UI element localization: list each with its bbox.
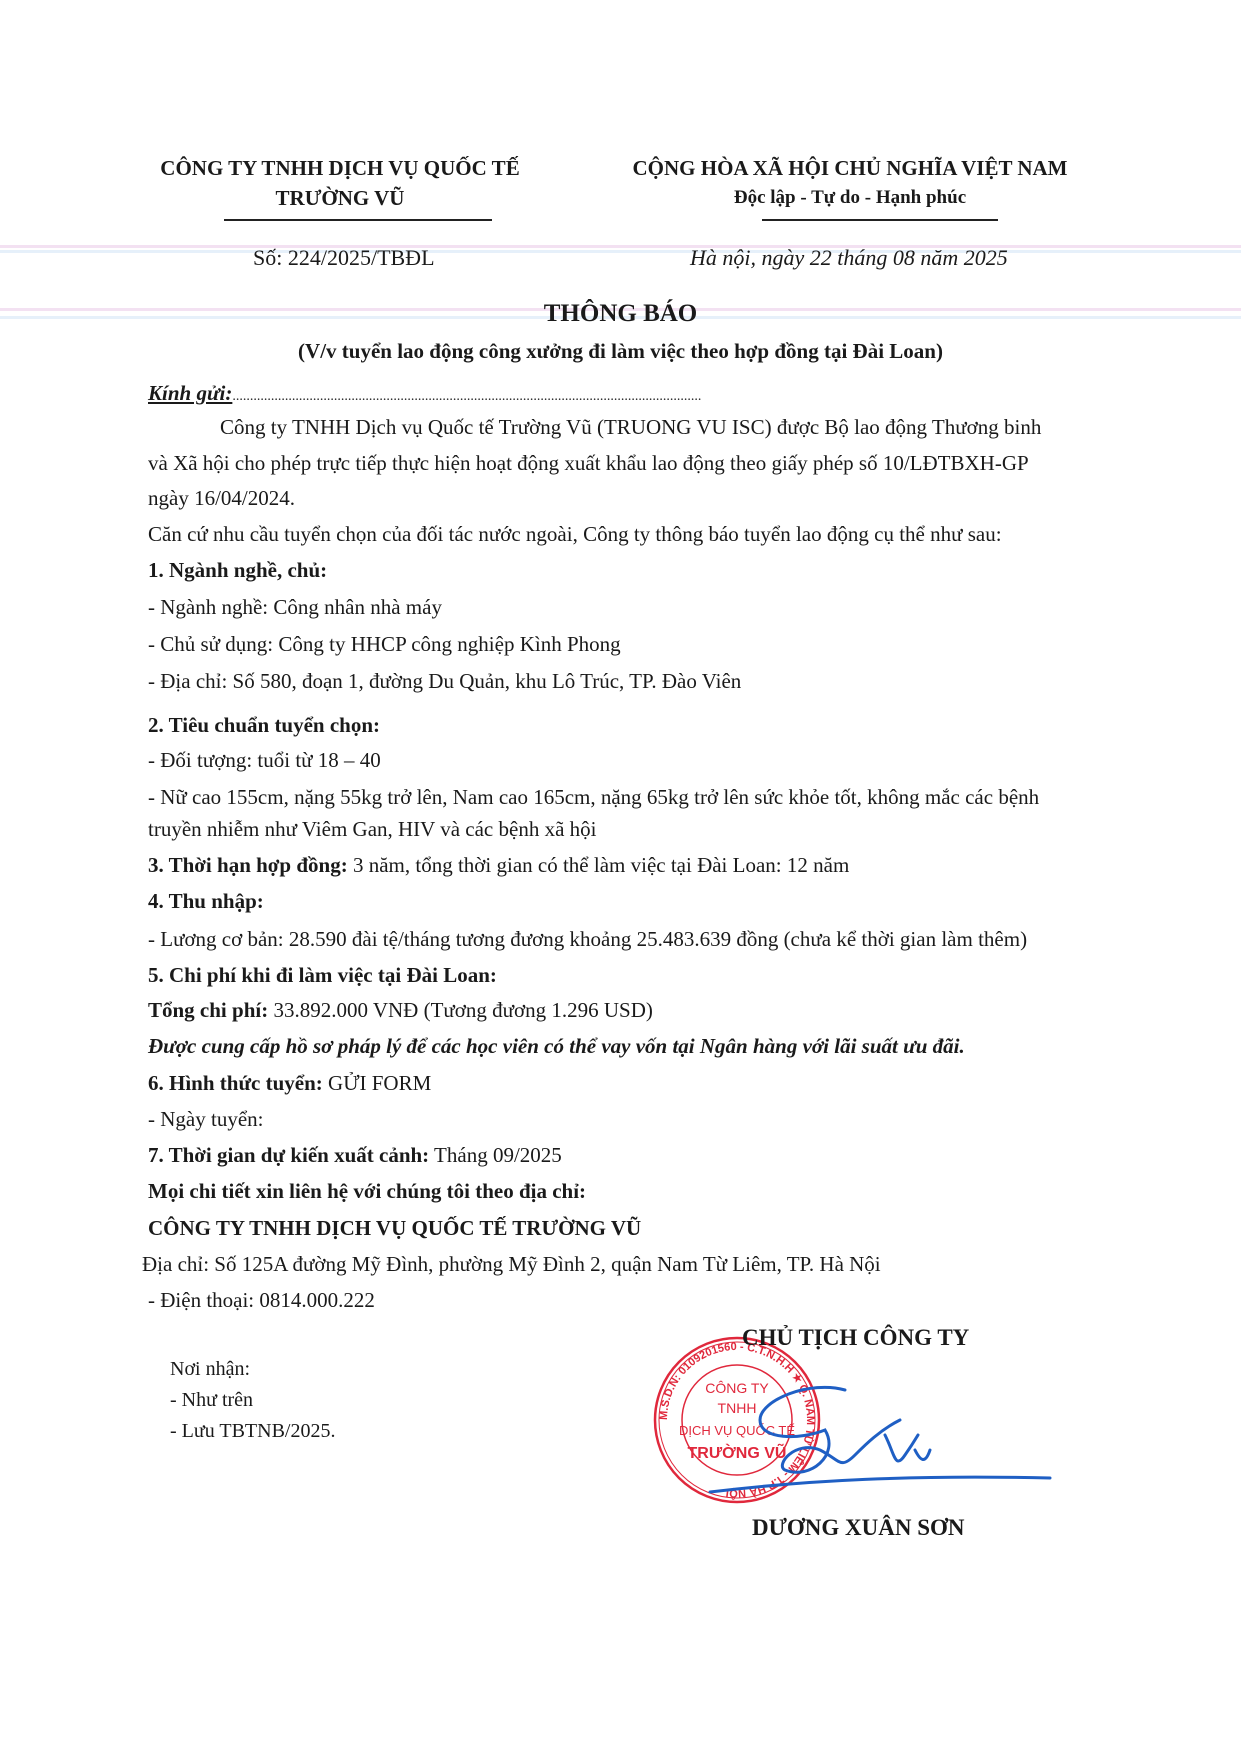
company-header: CÔNG TY TNHH DỊCH VỤ QUỐC TẾ TRƯỜNG VŨ	[140, 153, 540, 213]
document-title: THÔNG BÁO	[0, 300, 1241, 328]
section-heading: 1. Ngành nghề, chủ:	[148, 556, 327, 584]
section-heading: 6. Hình thức tuyển:	[148, 1071, 323, 1095]
total-cost-value: 33.892.000 VNĐ (Tương đương 1.296 USD)	[268, 998, 653, 1022]
document-subtitle: (V/v tuyển lao động công xưởng đi làm vi…	[0, 339, 1241, 364]
company-name-line1: CÔNG TY TNHH DỊCH VỤ QUỐC TẾ	[140, 153, 540, 183]
document-number: Số: 224/2025/TBĐL	[253, 245, 435, 271]
header-underline-right	[762, 219, 998, 221]
list-item: truyền nhiễm như Viêm Gan, HIV và các bệ…	[148, 815, 596, 843]
salutation-label: Kính gửi:	[148, 381, 232, 405]
list-item: - Đối tượng: tuổi từ 18 – 40	[148, 746, 381, 774]
section-value: Tháng 09/2025	[429, 1143, 562, 1167]
section-heading: 3. Thời hạn hợp đồng:	[148, 853, 348, 877]
loan-note: Được cung cấp hồ sơ pháp lý để các học v…	[148, 1032, 965, 1060]
salutation-blank: ........................................…	[232, 389, 701, 404]
handwritten-signature	[690, 1360, 1060, 1510]
section-departure: 7. Thời gian dự kiến xuất cảnh: Tháng 09…	[148, 1141, 562, 1169]
section-heading: 5. Chi phí khi đi làm việc tại Đài Loan:	[148, 961, 497, 989]
recipients-label: Nơi nhận:	[170, 1354, 335, 1385]
recipient-item: - Lưu TBTNB/2025.	[170, 1416, 335, 1447]
section-heading: 4. Thu nhập:	[148, 887, 264, 915]
national-motto: Độc lập - Tự do - Hạnh phúc	[600, 183, 1100, 213]
list-item: - Chủ sử dụng: Công ty HHCP công nghiệp …	[148, 630, 621, 658]
intro-line: ngày 16/04/2024.	[148, 484, 295, 512]
list-item: - Lương cơ bản: 28.590 đài tệ/tháng tươn…	[148, 925, 1027, 953]
intro-line: và Xã hội cho phép trực tiếp thực hiện h…	[148, 449, 1029, 477]
list-item: - Nữ cao 155cm, nặng 55kg trở lên, Nam c…	[148, 783, 1039, 811]
salutation: Kính gửi:...............................…	[148, 379, 701, 411]
scan-band	[0, 245, 1241, 248]
intro-line: Căn cứ nhu cầu tuyển chọn của đối tác nư…	[148, 520, 1002, 548]
total-cost-label: Tổng chi phí:	[148, 998, 268, 1022]
recipient-item: - Như trên	[170, 1385, 335, 1416]
contact-phone: - Điện thoại: 0814.000.222	[148, 1286, 375, 1314]
section-heading: 2. Tiêu chuẩn tuyển chọn:	[148, 711, 380, 739]
section-value: 3 năm, tổng thời gian có thể làm việc tạ…	[348, 853, 850, 877]
country-name: CỘNG HÒA XÃ HỘI CHỦ NGHĨA VIỆT NAM	[600, 153, 1100, 183]
section-contract-term: 3. Thời hạn hợp đồng: 3 năm, tổng thời g…	[148, 851, 849, 879]
signer-title: CHỦ TỊCH CÔNG TY	[742, 1325, 969, 1351]
contact-intro: Mọi chi tiết xin liên hệ với chúng tôi t…	[148, 1177, 586, 1205]
section-heading: 7. Thời gian dự kiến xuất cảnh:	[148, 1143, 429, 1167]
list-item: - Ngày tuyển:	[148, 1105, 263, 1133]
intro-line: Công ty TNHH Dịch vụ Quốc tế Trường Vũ (…	[220, 413, 1041, 441]
total-cost: Tổng chi phí: 33.892.000 VNĐ (Tương đươn…	[148, 996, 653, 1024]
national-header: CỘNG HÒA XÃ HỘI CHỦ NGHĨA VIỆT NAM Độc l…	[600, 153, 1100, 213]
recipients-block: Nơi nhận: - Như trên - Lưu TBTNB/2025.	[170, 1354, 335, 1447]
signer-name: DƯƠNG XUÂN SƠN	[752, 1515, 965, 1541]
section-recruitment-form: 6. Hình thức tuyển: GỬI FORM	[148, 1069, 431, 1097]
company-name-line2: TRƯỜNG VŨ	[140, 183, 540, 213]
header-underline-left	[224, 219, 492, 221]
place-date: Hà nội, ngày 22 tháng 08 năm 2025	[690, 245, 1008, 271]
section-value: GỬI FORM	[323, 1071, 431, 1095]
contact-company: CÔNG TY TNHH DỊCH VỤ QUỐC TẾ TRƯỜNG VŨ	[148, 1214, 641, 1242]
list-item: - Địa chỉ: Số 580, đoạn 1, đường Du Quản…	[148, 667, 741, 695]
scan-band	[0, 250, 1241, 253]
list-item: - Ngành nghề: Công nhân nhà máy	[148, 593, 442, 621]
contact-address: Địa chỉ: Số 125A đường Mỹ Đình, phường M…	[142, 1250, 881, 1278]
